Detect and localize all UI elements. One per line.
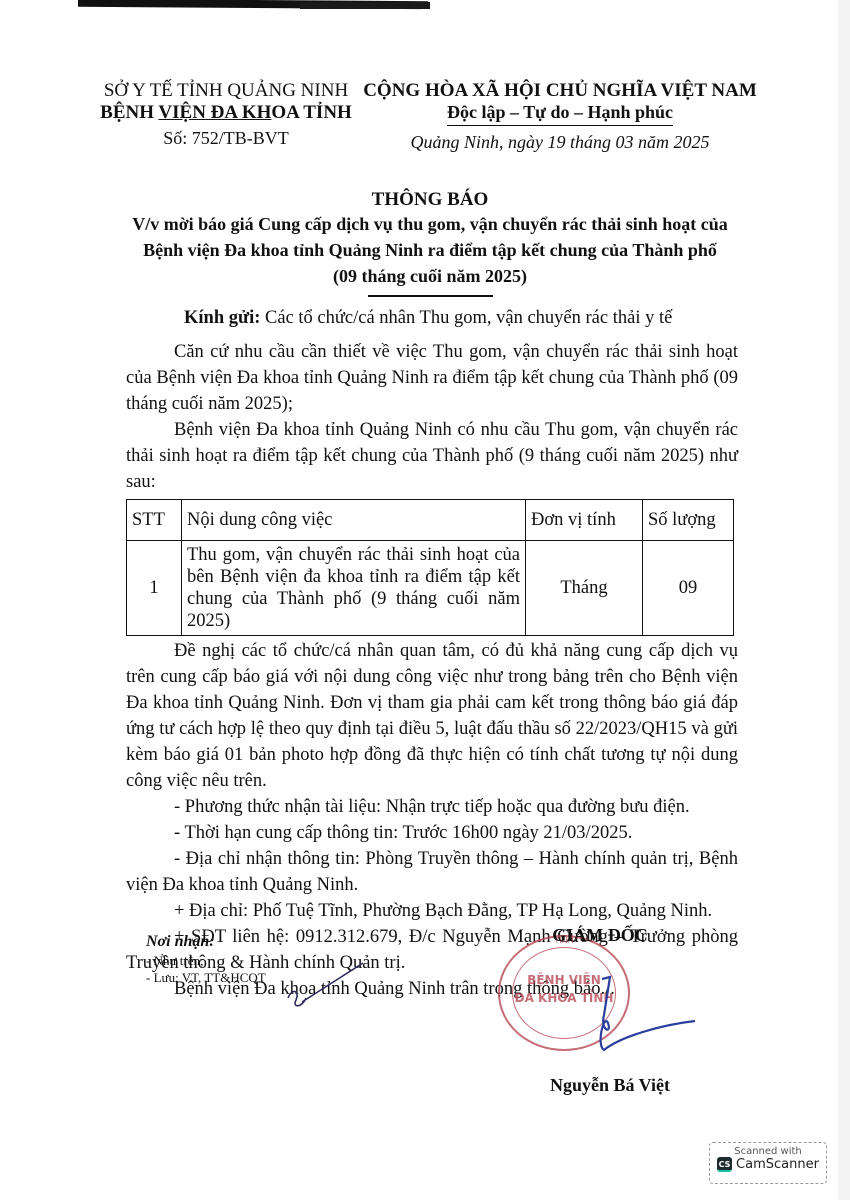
work-table: STT Nội dung công việc Đơn vị tính Số lư…	[126, 499, 734, 636]
recipients-block: Nơi nhận: - Như trên; - Lưu: VT, TT&HCQT	[146, 933, 266, 986]
paragraph-deadline: - Thời hạn cung cấp thông tin: Trước 16h…	[126, 820, 738, 846]
issuer-header: SỞ Y TẾ TỈNH QUẢNG NINH BỆNH VIỆN ĐA KHO…	[96, 80, 356, 149]
director-signature-icon	[590, 975, 700, 1055]
place-date: Quảng Ninh, ngày 19 tháng 03 năm 2025	[360, 132, 760, 153]
watermark-brand: CS CamScanner	[710, 1157, 826, 1172]
national-header: CỘNG HÒA XÃ HỘI CHỦ NGHĨA VIỆT NAM Độc l…	[360, 80, 760, 153]
organization-name: BỆNH VIỆN ĐA KHOA TỈNH	[96, 102, 356, 124]
scan-edge	[838, 0, 850, 1200]
signature-block: GIÁM ĐỐC	[500, 925, 700, 946]
signer-role: GIÁM ĐỐC	[500, 925, 700, 946]
cell-stt: 1	[127, 541, 182, 636]
paragraph-address: + Địa chỉ: Phố Tuệ Tĩnh, Phường Bạch Đằn…	[126, 898, 738, 924]
department-name: SỞ Y TẾ TỈNH QUẢNG NINH	[96, 80, 356, 102]
document-number: Số: 752/TB-BVT	[96, 128, 356, 149]
cell-unit: Tháng	[526, 541, 643, 636]
col-stt: STT	[127, 500, 182, 541]
watermark-brand-name: CamScanner	[736, 1157, 819, 1172]
document-title: THÔNG BÁO	[120, 189, 740, 211]
col-quantity: Số lượng	[643, 500, 734, 541]
recipient-label: Kính gửi:	[184, 308, 260, 328]
org-suffix: OA TỈNH	[271, 102, 351, 123]
paragraph-need: Bệnh viện Đa khoa tỉnh Quảng Ninh có nhu…	[126, 417, 738, 495]
table-row: 1 Thu gom, vận chuyển rác thải sinh hoạt…	[127, 541, 734, 636]
scan-edge-shadow	[300, 2, 430, 9]
org-prefix: BỆNH	[100, 102, 158, 123]
paragraph-address-intro: - Địa chỉ nhận thông tin: Phòng Truyền t…	[126, 846, 738, 898]
recipients-heading: Nơi nhận:	[146, 933, 266, 950]
document-body: Kính gửi: Các tổ chức/cá nhân Thu gom, v…	[126, 305, 738, 1002]
recipient-value: Các tổ chức/cá nhân Thu gom, vận chuyển …	[260, 308, 672, 328]
signer-name: Nguyễn Bá Việt	[520, 1075, 700, 1096]
camscanner-logo-icon: CS	[717, 1157, 732, 1172]
subject-line: V/v mời báo giá Cung cấp dịch vụ thu gom…	[120, 211, 740, 237]
paragraph-method: - Phương thức nhận tài liệu: Nhận trực t…	[126, 794, 738, 820]
watermark-caption: Scanned with	[710, 1146, 826, 1157]
subject-line: (09 tháng cuối năm 2025)	[120, 263, 740, 289]
col-content: Nội dung công việc	[182, 500, 526, 541]
cell-quantity: 09	[643, 541, 734, 636]
paragraph-basis: Căn cứ nhu cầu cần thiết về việc Thu gom…	[126, 339, 738, 417]
table-header-row: STT Nội dung công việc Đơn vị tính Số lư…	[127, 500, 734, 541]
title-underline	[368, 295, 493, 297]
document-title-block: THÔNG BÁO V/v mời báo giá Cung cấp dịch …	[120, 189, 740, 297]
country-name: CỘNG HÒA XÃ HỘI CHỦ NGHĨA VIỆT NAM	[360, 80, 760, 102]
subject-line: Bệnh viện Đa khoa tỉnh Quảng Ninh ra điể…	[120, 237, 740, 263]
initials-signature-icon	[278, 958, 368, 1018]
recipients-item: - Như trên;	[146, 952, 266, 969]
cell-content: Thu gom, vận chuyển rác thải sinh hoạt c…	[182, 541, 526, 636]
org-underlined: VIỆN ĐA KH	[158, 102, 271, 123]
national-motto: Độc lập – Tự do – Hạnh phúc	[447, 102, 673, 126]
paragraph-request: Đề nghị các tổ chức/cá nhân quan tâm, có…	[126, 638, 738, 794]
camscanner-watermark: Scanned with CS CamScanner	[709, 1142, 827, 1184]
recipient-line: Kính gửi: Các tổ chức/cá nhân Thu gom, v…	[126, 305, 738, 331]
recipients-item: - Lưu: VT, TT&HCQT	[146, 969, 266, 986]
col-unit: Đơn vị tính	[526, 500, 643, 541]
